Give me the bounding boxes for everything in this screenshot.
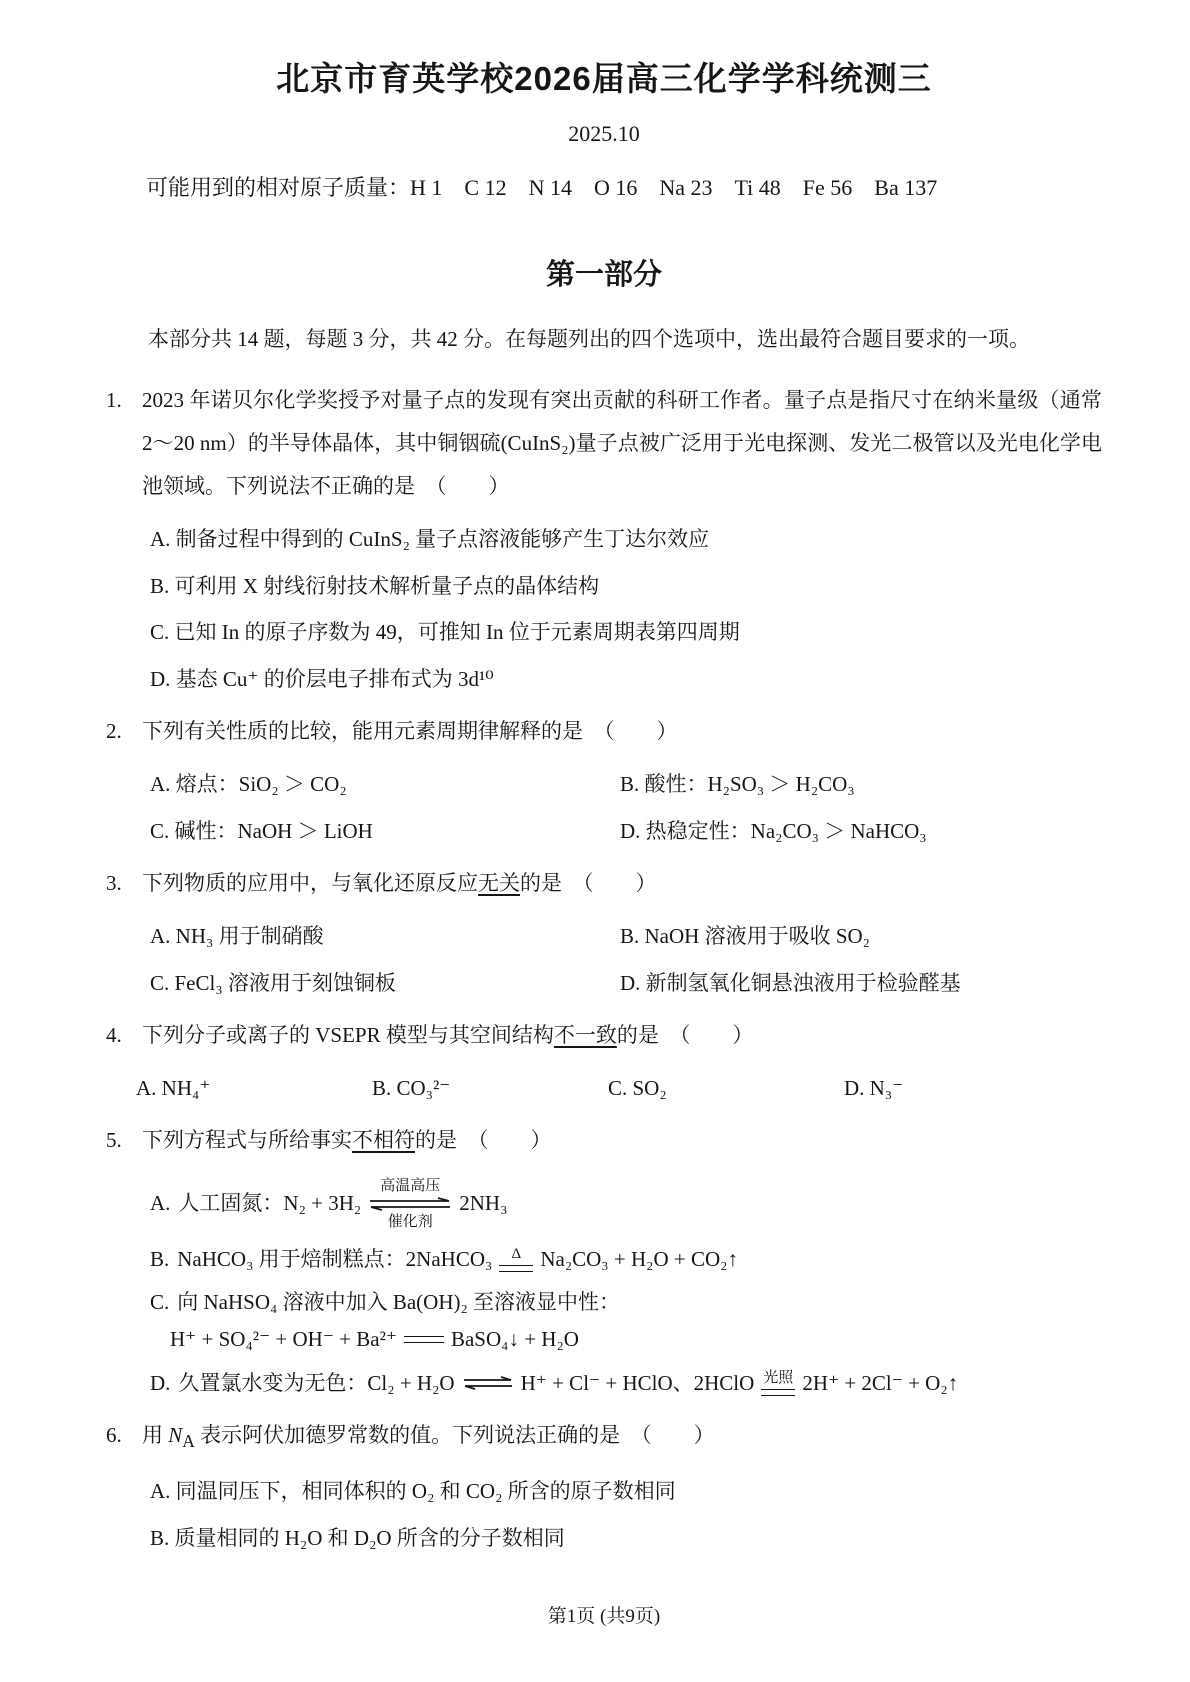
light-equals: 光照 <box>761 1369 795 1398</box>
option-1c: C. 已知 In 的原子序数为 49，可推知 In 位于元素周期表第四周期 <box>106 617 1102 647</box>
option-5b-right: Na₂CO₃ + H₂O + CO₂↑ <box>540 1245 738 1274</box>
question-6: 6.用 NA 表示阿伏加德罗常数的值。下列说法正确的是 （ ） A. 同温同压下… <box>106 1414 1102 1553</box>
option-5c-label: C. <box>150 1288 169 1317</box>
option-4d: D. N₃⁻ <box>844 1073 1080 1103</box>
question-2-stem: 2.下列有关性质的比较，能用元素周期律解释的是 （ ） <box>106 710 1102 753</box>
option-1b: B. 可利用 X 射线衍射技术解析量子点的晶体结构 <box>106 571 1102 601</box>
light-condition-label: 光照 <box>763 1369 793 1387</box>
question-1-stem: 1.2023 年诺贝尔化学奖授予对量子点的发现有突出贡献的科研工作者。量子点是指… <box>106 379 1102 508</box>
option-2c: C. 碱性：NaOH ＞ LiOH <box>150 816 620 846</box>
section-instructions: 本部分共 14 题，每题 3 分，共 42 分。在每题列出的四个选项中，选出最符… <box>106 323 1102 353</box>
option-1d: D. 基态 Cu⁺ 的价层电子排布式为 3d¹⁰ <box>106 664 1102 694</box>
equals-icon <box>761 1389 795 1396</box>
page-number-footer: 第1页 (共9页) <box>106 1601 1102 1628</box>
section-title: 第一部分 <box>106 252 1102 293</box>
question-6-text-pre: 用 <box>142 1423 168 1447</box>
question-4-number: 4. <box>106 1014 122 1057</box>
option-6b: B. 质量相同的 H₂O 和 D₂O 所含的分子数相同 <box>106 1523 1102 1553</box>
question-4-text-post: 的是 （ ） <box>617 1023 754 1047</box>
question-1: 1.2023 年诺贝尔化学奖授予对量子点的发现有突出贡献的科研工作者。量子点是指… <box>106 379 1102 694</box>
option-3d: D. 新制氢氧化铜悬浊液用于检验醛基 <box>620 968 1102 998</box>
option-5c-left: H⁺ + SO₄²⁻ + OH⁻ + Ba²⁺ <box>170 1325 397 1354</box>
question-2: 2.下列有关性质的比较，能用元素周期律解释的是 （ ） A. 熔点：SiO₂ ＞… <box>106 710 1102 846</box>
question-5-text-pre: 下列方程式与所给事实 <box>142 1128 352 1152</box>
option-5a-intro: 人工固氮： <box>178 1189 283 1218</box>
question-5: 5.下列方程式与所给事实不相符的是 （ ） A. 人工固氮： N₂ + 3H₂ … <box>106 1119 1102 1398</box>
question-6-number: 6. <box>106 1414 122 1457</box>
option-5b-label: B. <box>150 1245 169 1274</box>
option-5d-label: D. <box>150 1369 170 1398</box>
option-5b: B. NaHCO₃ 用于焙制糕点： 2NaHCO₃ Δ Na₂CO₃ + H₂O… <box>106 1245 1102 1274</box>
exam-title: 北京市育英学校2026届高三化学学科统测三 <box>106 58 1102 99</box>
option-3b: B. NaOH 溶液用于吸收 SO₂ <box>620 921 1102 951</box>
question-1-text: 2023 年诺贝尔化学奖授予对量子点的发现有突出贡献的科研工作者。量子点是指尺寸… <box>142 388 1102 498</box>
atomic-masses-line: 可能用到的相对原子质量：H 1 C 12 N 14 O 16 Na 23 Ti … <box>106 171 1102 202</box>
question-1-number: 1. <box>106 379 122 422</box>
question-3-stem: 3.下列物质的应用中，与氧化还原反应无关的是 （ ） <box>106 862 1102 905</box>
option-4c: C. SO₂ <box>608 1073 844 1103</box>
option-6a: A. 同温同压下，相同体积的 O₂ 和 CO₂ 所含的原子数相同 <box>106 1476 1102 1506</box>
condition-top-label: 高温高压 <box>380 1177 440 1195</box>
delta-condition-label: Δ <box>512 1245 522 1263</box>
option-3c: C. FeCl₃ 溶液用于刻蚀铜板 <box>150 968 620 998</box>
option-4b: B. CO₃²⁻ <box>372 1073 608 1103</box>
option-5a: A. 人工固氮： N₂ + 3H₂ 高温高压 催化剂 2NH₃ <box>106 1177 1102 1231</box>
question-4: 4.下列分子或离子的 VSEPR 模型与其空间结构不一致的是 （ ） A. NH… <box>106 1014 1102 1103</box>
reversible-plain <box>462 1374 514 1392</box>
option-5d-seg2: H⁺ + Cl⁻ + HClO、2HClO <box>521 1369 755 1398</box>
option-5a-label: A. <box>150 1189 170 1218</box>
reversible-arrow-with-conditions: 高温高压 催化剂 <box>368 1177 452 1231</box>
option-5a-right: 2NH₃ <box>459 1189 507 1218</box>
avogadro-symbol: N <box>168 1423 182 1447</box>
avogadro-subscript: A <box>182 1431 195 1451</box>
option-5d: D. 久置氯水变为无色： Cl₂ + H₂O H⁺ + Cl⁻ + HClO、2… <box>106 1369 1102 1398</box>
question-4-keyword: 不一致 <box>554 1023 617 1047</box>
exam-sheet: 北京市育英学校2026届高三化学学科统测三 2025.10 可能用到的相对原子质… <box>0 0 1190 1682</box>
reversible-arrow-icon <box>462 1376 514 1390</box>
question-2-options-row2: C. 碱性：NaOH ＞ LiOH D. 热稳定性：Na₂CO₃ ＞ NaHCO… <box>106 816 1102 846</box>
question-1-options: A. 制备过程中得到的 CuInS₂ 量子点溶液能够产生丁达尔效应 B. 可利用… <box>106 524 1102 694</box>
question-3: 3.下列物质的应用中，与氧化还原反应无关的是 （ ） A. NH₃ 用于制硝酸 … <box>106 862 1102 998</box>
question-3-text-pre: 下列物质的应用中，与氧化还原反应 <box>142 871 478 895</box>
exam-page: { "page": { "title": "北京市育英学校2026届高三化学学科… <box>0 0 1190 1682</box>
question-4-text-pre: 下列分子或离子的 VSEPR 模型与其空间结构 <box>142 1023 554 1047</box>
question-2-number: 2. <box>106 710 122 753</box>
question-4-options: A. NH₄⁺ B. CO₃²⁻ C. SO₂ D. N₃⁻ <box>106 1073 1102 1103</box>
ionic-equals <box>404 1334 444 1345</box>
question-6-options: A. 同温同压下，相同体积的 O₂ 和 CO₂ 所含的原子数相同 B. 质量相同… <box>106 1476 1102 1553</box>
reversible-arrow-icon <box>368 1197 452 1211</box>
question-2-text: 下列有关性质的比较，能用元素周期律解释的是 （ ） <box>142 719 678 743</box>
condition-bottom-label: 催化剂 <box>388 1213 433 1231</box>
exam-date: 2025.10 <box>106 121 1102 147</box>
option-5a-left: N₂ + 3H₂ <box>283 1189 361 1218</box>
option-4a: A. NH₄⁺ <box>136 1073 372 1103</box>
option-5c-intro: 向 NaHSO₄ 溶液中加入 Ba(OH)₂ 至溶液显中性： <box>177 1288 620 1317</box>
question-4-stem: 4.下列分子或离子的 VSEPR 模型与其空间结构不一致的是 （ ） <box>106 1014 1102 1057</box>
question-3-keyword: 无关 <box>478 871 520 895</box>
question-3-text-post: 的是 （ ） <box>520 871 657 895</box>
option-5b-left: 2NaHCO₃ <box>406 1245 493 1274</box>
equals-icon <box>404 1336 444 1343</box>
question-3-options-row2: C. FeCl₃ 溶液用于刻蚀铜板 D. 新制氢氧化铜悬浊液用于检验醛基 <box>106 968 1102 998</box>
question-6-text-post: 表示阿伏加德罗常数的值。下列说法正确的是 （ ） <box>195 1423 715 1447</box>
option-5c-equation: H⁺ + SO₄²⁻ + OH⁻ + Ba²⁺ BaSO₄↓ + H₂O <box>106 1325 1102 1354</box>
option-2b: B. 酸性：H₂SO₃ ＞ H₂CO₃ <box>620 769 1102 799</box>
option-5d-seg1: Cl₂ + H₂O <box>367 1369 454 1398</box>
option-5c-right: BaSO₄↓ + H₂O <box>451 1325 579 1354</box>
question-5-text-post: 的是 （ ） <box>415 1128 552 1152</box>
question-5-number: 5. <box>106 1119 122 1162</box>
option-2d: D. 热稳定性：Na₂CO₃ ＞ NaHCO₃ <box>620 816 1102 846</box>
question-6-stem: 6.用 NA 表示阿伏加德罗常数的值。下列说法正确的是 （ ） <box>106 1414 1102 1460</box>
option-5d-seg3: 2H⁺ + 2Cl⁻ + O₂↑ <box>802 1369 958 1398</box>
question-3-options-row1: A. NH₃ 用于制硝酸 B. NaOH 溶液用于吸收 SO₂ <box>106 921 1102 951</box>
option-5d-intro: 久置氯水变为无色： <box>178 1369 367 1398</box>
option-5c: C. 向 NaHSO₄ 溶液中加入 Ba(OH)₂ 至溶液显中性： <box>106 1288 1102 1317</box>
question-5-keyword: 不相符 <box>352 1128 415 1152</box>
question-2-options-row1: A. 熔点：SiO₂ ＞ CO₂ B. 酸性：H₂SO₃ ＞ H₂CO₃ <box>106 769 1102 799</box>
option-5b-intro: NaHCO₃ 用于焙制糕点： <box>177 1245 405 1274</box>
question-5-stem: 5.下列方程式与所给事实不相符的是 （ ） <box>106 1119 1102 1162</box>
option-3a: A. NH₃ 用于制硝酸 <box>150 921 620 951</box>
heated-equals: Δ <box>499 1245 533 1274</box>
question-3-number: 3. <box>106 862 122 905</box>
equals-icon <box>499 1265 533 1272</box>
option-1a: A. 制备过程中得到的 CuInS₂ 量子点溶液能够产生丁达尔效应 <box>106 524 1102 554</box>
option-2a: A. 熔点：SiO₂ ＞ CO₂ <box>150 769 620 799</box>
